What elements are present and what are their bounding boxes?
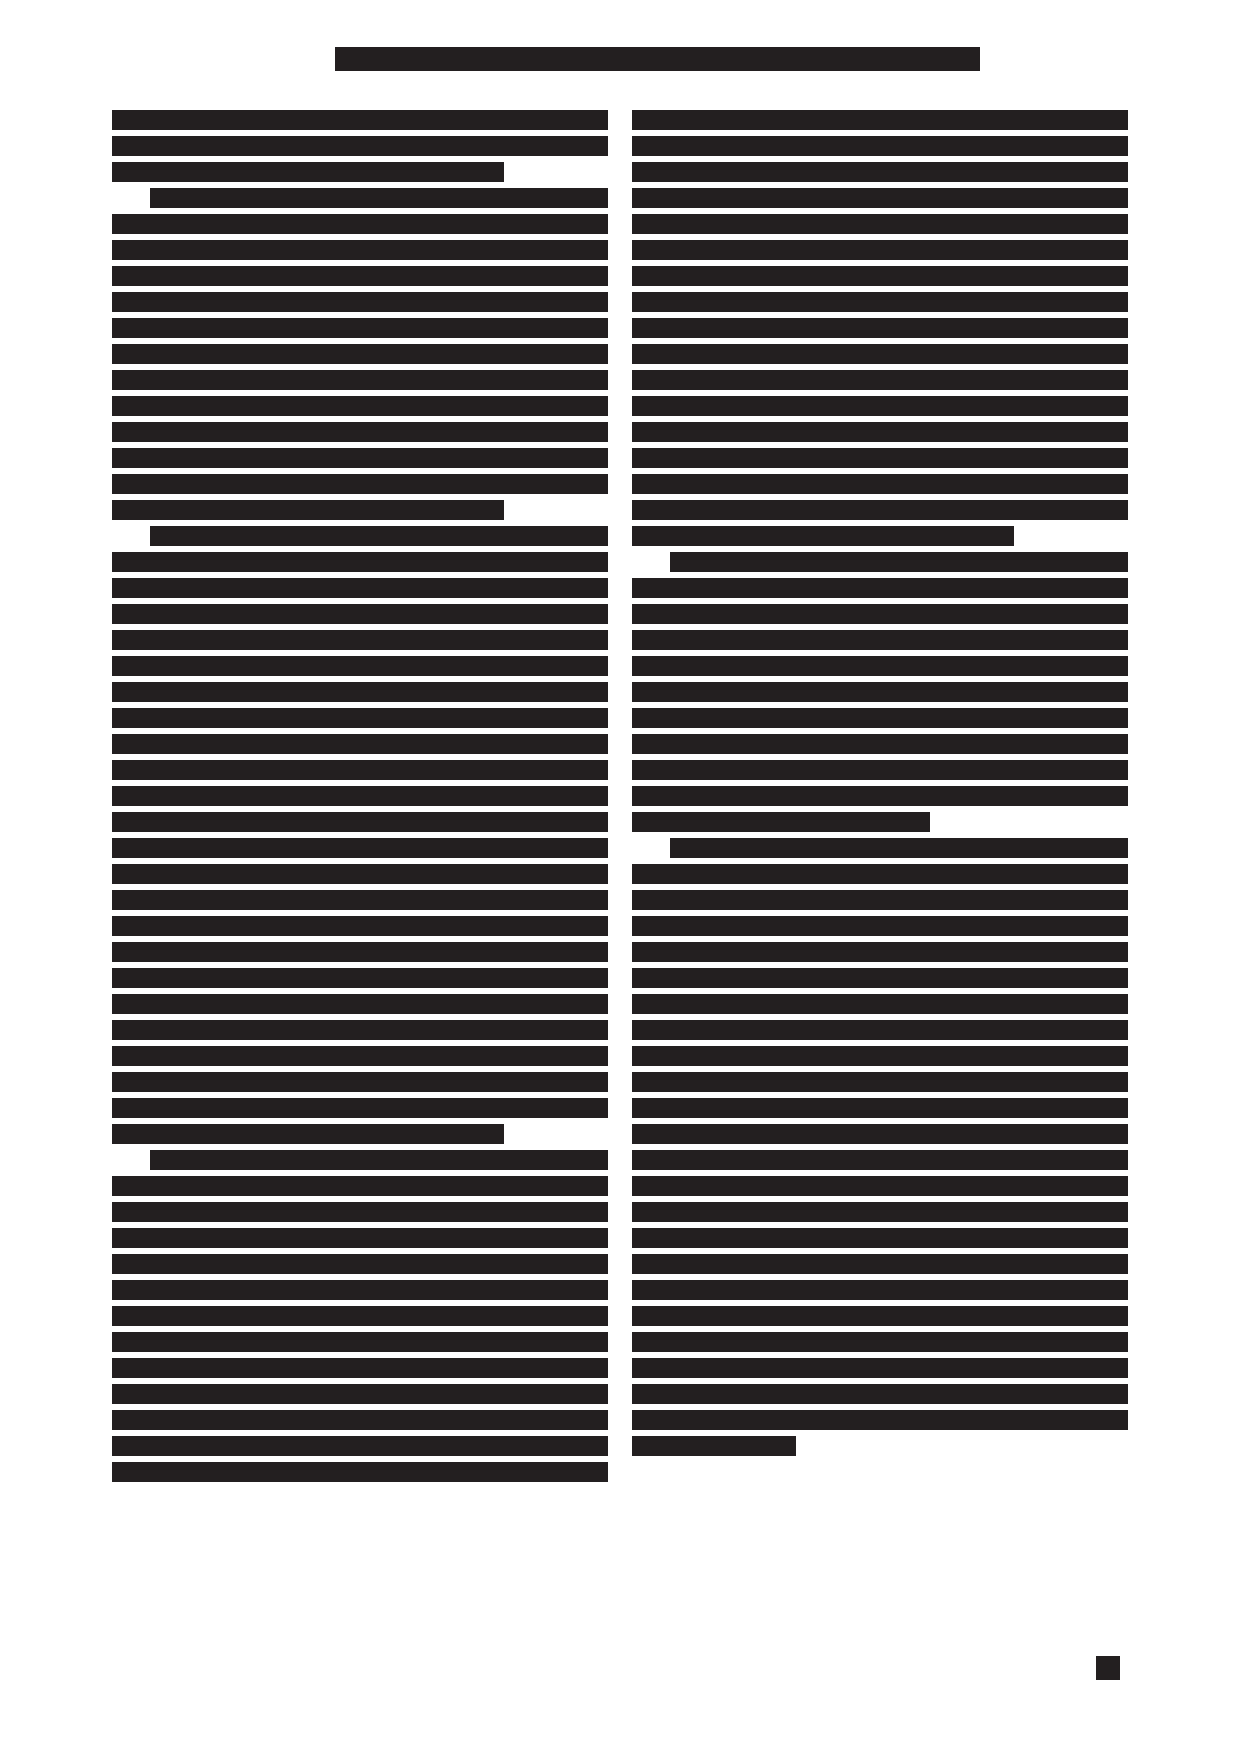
paragraph <box>632 107 1128 549</box>
redaction-block <box>112 474 608 494</box>
text-line <box>632 1277 1128 1303</box>
redaction-block <box>112 1176 608 1196</box>
text-line <box>632 107 1128 133</box>
text-line <box>112 575 608 601</box>
redaction-block <box>112 838 608 858</box>
text-line <box>112 731 608 757</box>
redaction-block <box>632 1306 1128 1326</box>
text-line <box>112 1329 608 1355</box>
running-header <box>335 47 980 71</box>
redaction-block <box>632 734 1128 754</box>
redaction-block <box>632 136 1128 156</box>
text-line <box>632 1407 1128 1433</box>
redaction-block <box>632 292 1128 312</box>
text-line <box>112 653 608 679</box>
redaction-block <box>112 292 608 312</box>
redaction-block <box>632 500 1128 520</box>
page-number <box>1096 1656 1120 1680</box>
text-line <box>632 757 1128 783</box>
text-line <box>112 809 608 835</box>
redaction-block <box>632 422 1128 442</box>
text-line <box>112 835 608 861</box>
text-line <box>632 315 1128 341</box>
text-line <box>112 601 608 627</box>
redaction-block <box>112 1384 608 1404</box>
redaction-block <box>632 1280 1128 1300</box>
text-line <box>632 237 1128 263</box>
redaction-block <box>632 110 1128 130</box>
text-line <box>632 263 1128 289</box>
text-line <box>112 497 608 523</box>
text-line <box>112 1069 608 1095</box>
text-line <box>632 185 1128 211</box>
redaction-block <box>112 1228 608 1248</box>
paragraph <box>632 835 1128 1459</box>
redaction-block <box>112 370 608 390</box>
redaction-block <box>112 1046 608 1066</box>
redaction-block <box>112 578 608 598</box>
text-line <box>112 523 608 549</box>
redaction-block <box>112 162 504 182</box>
redaction-block <box>335 47 980 71</box>
redaction-block <box>112 942 608 962</box>
redaction-block <box>112 786 608 806</box>
text-line <box>632 575 1128 601</box>
text-line <box>632 731 1128 757</box>
redaction-block <box>112 1280 608 1300</box>
redaction-block <box>112 240 608 260</box>
redaction-block <box>112 136 608 156</box>
redaction-block <box>112 682 608 702</box>
redaction-block <box>112 1254 608 1274</box>
redaction-block <box>632 968 1128 988</box>
redaction-block <box>112 760 608 780</box>
redaction-block <box>632 578 1128 598</box>
text-line <box>112 263 608 289</box>
text-line <box>632 991 1128 1017</box>
text-line <box>632 965 1128 991</box>
text-line <box>112 289 608 315</box>
paragraph <box>112 1147 608 1485</box>
redaction-block <box>112 604 608 624</box>
redaction-block <box>112 1332 608 1352</box>
text-line <box>632 1251 1128 1277</box>
redaction-block <box>632 1410 1128 1430</box>
text-line <box>112 1433 608 1459</box>
text-line <box>632 1329 1128 1355</box>
redaction-block <box>1096 1656 1120 1680</box>
redaction-block <box>632 812 930 832</box>
text-line <box>632 1433 1128 1459</box>
text-line <box>112 1017 608 1043</box>
redaction-block <box>632 1098 1128 1118</box>
redaction-block <box>632 656 1128 676</box>
text-line <box>632 939 1128 965</box>
redaction-block <box>632 396 1128 416</box>
text-line <box>112 1251 608 1277</box>
text-line <box>632 809 1128 835</box>
text-line <box>632 1017 1128 1043</box>
redaction-block <box>112 1436 608 1456</box>
redaction-block <box>632 630 1128 650</box>
redaction-block <box>632 526 1014 546</box>
text-line <box>112 1459 608 1485</box>
redaction-block <box>112 1306 608 1326</box>
redaction-block <box>112 630 608 650</box>
redaction-block <box>112 708 608 728</box>
text-line <box>112 185 608 211</box>
left-column <box>112 107 608 1485</box>
redaction-block <box>112 656 608 676</box>
text-line <box>112 419 608 445</box>
redaction-block <box>150 1150 608 1170</box>
text-line <box>632 679 1128 705</box>
text-line <box>112 1225 608 1251</box>
text-line <box>632 1095 1128 1121</box>
text-line <box>632 783 1128 809</box>
redaction-block <box>632 1358 1128 1378</box>
redaction-block <box>632 1072 1128 1092</box>
text-line <box>632 601 1128 627</box>
redaction-block <box>632 890 1128 910</box>
redaction-block <box>112 734 608 754</box>
redaction-block <box>632 864 1128 884</box>
text-line <box>632 1199 1128 1225</box>
redaction-block <box>112 318 608 338</box>
text-line <box>632 211 1128 237</box>
text-line <box>632 1043 1128 1069</box>
redaction-block <box>632 708 1128 728</box>
text-line <box>632 1147 1128 1173</box>
redaction-block <box>112 864 608 884</box>
redaction-block <box>632 1046 1128 1066</box>
text-line <box>632 1225 1128 1251</box>
text-line <box>632 367 1128 393</box>
redaction-block <box>632 1124 1128 1144</box>
redaction-block <box>632 370 1128 390</box>
redaction-block <box>112 214 608 234</box>
text-line <box>632 393 1128 419</box>
redaction-block <box>112 1410 608 1430</box>
paragraph <box>632 549 1128 835</box>
text-line <box>632 1069 1128 1095</box>
text-line <box>112 445 608 471</box>
text-line <box>112 1147 608 1173</box>
text-line <box>632 419 1128 445</box>
redaction-block <box>632 188 1128 208</box>
redaction-block <box>112 266 608 286</box>
text-line <box>112 159 608 185</box>
redaction-block <box>632 786 1128 806</box>
redaction-block <box>150 188 608 208</box>
redaction-block <box>632 1020 1128 1040</box>
text-line <box>632 1381 1128 1407</box>
text-line <box>632 861 1128 887</box>
redaction-block <box>632 162 1128 182</box>
text-line <box>112 1199 608 1225</box>
text-line <box>112 1355 608 1381</box>
text-line <box>112 237 608 263</box>
text-line <box>632 133 1128 159</box>
text-line <box>112 1277 608 1303</box>
text-line <box>112 133 608 159</box>
text-line <box>112 705 608 731</box>
text-line <box>632 705 1128 731</box>
redaction-block <box>632 1384 1128 1404</box>
text-line <box>632 1173 1128 1199</box>
text-line <box>112 1303 608 1329</box>
redaction-block <box>632 1436 796 1456</box>
redaction-block <box>112 1020 608 1040</box>
redaction-block <box>632 682 1128 702</box>
redaction-block <box>632 760 1128 780</box>
text-line <box>112 471 608 497</box>
redaction-block <box>632 1332 1128 1352</box>
text-line <box>112 913 608 939</box>
text-line <box>112 887 608 913</box>
redaction-block <box>632 994 1128 1014</box>
text-line <box>632 835 1128 861</box>
redaction-block <box>112 396 608 416</box>
redaction-block <box>632 604 1128 624</box>
redaction-block <box>632 1254 1128 1274</box>
text-line <box>632 887 1128 913</box>
text-line <box>112 1407 608 1433</box>
text-line <box>632 1303 1128 1329</box>
redaction-block <box>632 344 1128 364</box>
redaction-block <box>112 1072 608 1092</box>
redaction-block <box>670 552 1128 572</box>
redaction-block <box>112 422 608 442</box>
redaction-block <box>112 890 608 910</box>
text-line <box>112 315 608 341</box>
text-line <box>112 1095 608 1121</box>
paragraph <box>112 107 608 185</box>
redaction-block <box>632 474 1128 494</box>
text-line <box>112 341 608 367</box>
text-line <box>632 549 1128 575</box>
redaction-block <box>112 344 608 364</box>
text-line <box>632 523 1128 549</box>
text-line <box>632 1355 1128 1381</box>
text-line <box>112 627 608 653</box>
redaction-block <box>150 526 608 546</box>
text-line <box>112 1381 608 1407</box>
redaction-block <box>632 916 1128 936</box>
redaction-block <box>112 500 504 520</box>
redaction-block <box>632 1150 1128 1170</box>
redaction-block <box>632 1228 1128 1248</box>
text-line <box>632 913 1128 939</box>
text-line <box>632 289 1128 315</box>
text-line <box>112 757 608 783</box>
redaction-block <box>670 838 1128 858</box>
redaction-block <box>632 1202 1128 1222</box>
redaction-block <box>112 1358 608 1378</box>
text-line <box>632 341 1128 367</box>
text-line <box>632 497 1128 523</box>
redaction-block <box>112 812 608 832</box>
text-line <box>112 107 608 133</box>
text-line <box>112 679 608 705</box>
text-line <box>632 627 1128 653</box>
redaction-block <box>632 942 1128 962</box>
redaction-block <box>112 916 608 936</box>
redaction-block <box>632 1176 1128 1196</box>
text-line <box>632 471 1128 497</box>
text-line <box>632 653 1128 679</box>
text-line <box>112 939 608 965</box>
redaction-block <box>112 552 608 572</box>
redaction-block <box>112 110 608 130</box>
redaction-block <box>112 1098 608 1118</box>
text-line <box>632 1121 1128 1147</box>
redaction-block <box>632 318 1128 338</box>
text-line <box>112 965 608 991</box>
text-line <box>112 367 608 393</box>
text-line <box>112 1121 608 1147</box>
right-column <box>632 107 1128 1459</box>
redaction-block <box>632 214 1128 234</box>
redaction-block <box>632 448 1128 468</box>
redaction-block <box>632 240 1128 260</box>
text-line <box>112 1173 608 1199</box>
paragraph <box>112 523 608 1147</box>
text-line <box>112 211 608 237</box>
redaction-block <box>112 1202 608 1222</box>
redaction-block <box>112 994 608 1014</box>
text-line <box>632 159 1128 185</box>
redaction-block <box>112 968 608 988</box>
text-line <box>112 393 608 419</box>
redaction-block <box>112 1124 504 1144</box>
text-line <box>112 861 608 887</box>
text-line <box>112 783 608 809</box>
redaction-block <box>112 448 608 468</box>
redaction-block <box>112 1462 608 1482</box>
text-line <box>112 549 608 575</box>
text-line <box>112 991 608 1017</box>
redaction-block <box>632 266 1128 286</box>
text-line <box>112 1043 608 1069</box>
paragraph <box>112 185 608 523</box>
text-line <box>632 445 1128 471</box>
